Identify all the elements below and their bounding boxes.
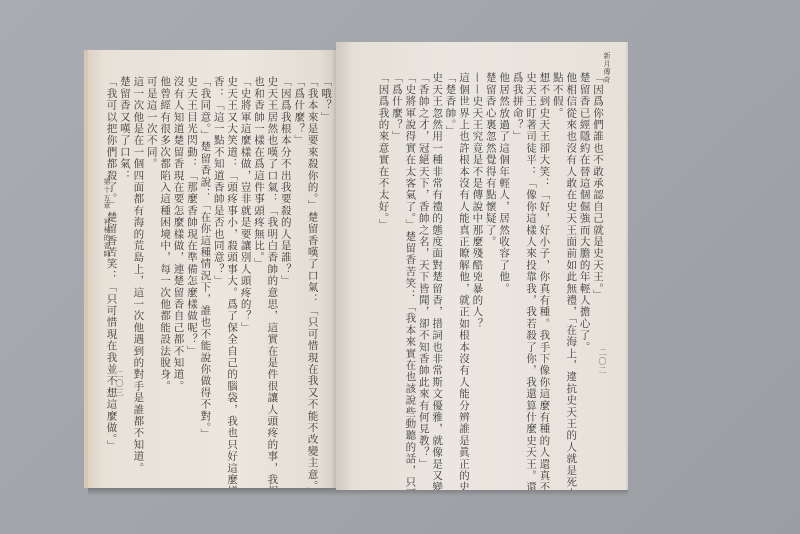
text-column: 點不假。 bbox=[550, 72, 563, 450]
text-column: 這個世界上也許根本沒有人能真正瞭解他，就正如根本沒有人能分辨誰是眞正的史天王一樣… bbox=[457, 72, 470, 450]
text-column: 想不到史天王卻大笑：「好，好小子，你真有種。我手下像你這麼有種的人還真不多。」 bbox=[537, 72, 550, 450]
right-page: 「因爲你們誰也不敢承認自己就是史天王。」 楚留香已經隱約在替這個倔強而大膽的年輕… bbox=[336, 42, 626, 490]
text-column: 「史將軍說得實在太客氣了。」楚留香苦笑：「我本來實在也該說些動聽的話，只可惜我說… bbox=[403, 72, 416, 450]
left-page-text: 「哦？」 「我本來是要來殺你的。」楚留香嘆了口氣：「只可惜現在我又不能不改變主意… bbox=[106, 76, 332, 472]
right-running-header: 新月傳奇 bbox=[602, 52, 612, 84]
text-column: 「史將軍這麼樣做，豈非就是要讓別人頭疼的？」 bbox=[238, 76, 251, 472]
text-column: 史天王忽然用一種非常有禮的態度面對楚留香，措詞也非常斯文優雅，就像是又變成了另外… bbox=[430, 72, 443, 450]
text-column: 他居然放過了這個年輕人，居然收容了他。 bbox=[497, 72, 510, 450]
text-column: 楚留香心裏忽然覺得有點懷疑了。 bbox=[483, 72, 496, 450]
right-page-text: 「因爲你們誰也不敢承認自己就是史天王。」 楚留香已經隱約在替這個倔強而大膽的年輕… bbox=[346, 72, 604, 450]
text-column: 「我本來是要來殺你的。」楚留香嘆了口氣：「只可惜現在我又不能不改變主意。」 bbox=[305, 76, 318, 472]
text-column: 也和香帥一樣在爲這件事頭疼無比。」 bbox=[252, 76, 265, 472]
text-column: 「楚香帥。」 bbox=[443, 72, 456, 450]
text-column: 這一次他是在一個四面都有海的荒島上，這一次他遇到的對手是誰都不知道。 bbox=[131, 76, 144, 472]
left-page-number: 二〇三 bbox=[114, 370, 125, 397]
text-column: 「爲什麼？」 bbox=[390, 72, 403, 450]
text-column: 楚留香又嘆了口氣： bbox=[118, 76, 131, 472]
text-column: 「香帥之才，冠絕天下，香帥之名，天下皆聞，卻不知香帥此來有何見教？」 bbox=[416, 72, 429, 450]
left-page: 「哦？」 「我本來是要來殺你的。」楚留香嘆了口氣：「只可惜現在我又不能不改變主意… bbox=[84, 50, 340, 488]
text-column: 「因爲我的來意實在不太好。」 bbox=[376, 72, 389, 450]
left-running-header: 第十五章 神秘的香帥 bbox=[102, 178, 112, 258]
text-column: ——史天王究竟是不是傳說中那麼殘酷兇暴的人？ bbox=[470, 72, 483, 450]
text-column: 史天王目光閃動：「那麼香帥現在準備怎麼樣做呢？」 bbox=[185, 76, 198, 472]
open-book: 「哦？」 「我本來是要來殺你的。」楚留香嘆了口氣：「只可惜現在我又不能不改變主意… bbox=[84, 38, 629, 490]
text-column: 史天王盯著司徒平：「像你這樣人來投靠我，我若殺了你，我還算什麼史天王。還有誰肯死… bbox=[524, 72, 537, 450]
text-column: 香：「這一點不知道香帥是否也同意？」 bbox=[211, 76, 224, 472]
text-column: 爲我拼命？」 bbox=[510, 72, 523, 450]
text-column: 可是這一次不同。 bbox=[144, 76, 157, 472]
text-column: 「我同意。」楚留香說：「在你這種情況下，誰也不能說你做得不對。」 bbox=[198, 76, 211, 472]
text-column: 「因爲你們誰也不敢承認自己就是史天王。」 bbox=[591, 72, 604, 450]
text-column: 沒有人知道楚留香現在要怎麼樣做，連楚留香自己都不知道。 bbox=[171, 76, 184, 472]
text-column: 「哦？」 bbox=[319, 76, 332, 472]
text-column: 他曾經有很多次都陷入這種困境中，每一次他都能設法脫身。 bbox=[158, 76, 171, 472]
text-column: 「我可以把你們都殺了。」楚留香苦笑：「只可惜現在我並不想這麼做。」 bbox=[104, 76, 117, 472]
text-column: 他相信從來也沒有人敢在史天王面前如此無禮，「在海上，違抗史天王的人就是死人。」這… bbox=[564, 72, 577, 450]
text-column: 楚留香已經隱約在替這個倔強而大膽的年輕人擔心了。 bbox=[577, 72, 590, 450]
text-column: 「因爲我根本分不出我要殺的人是誰？」 bbox=[278, 76, 291, 472]
text-column: 史天王居然也嘆了口氣：「我明白香帥的意思，這實在是件很讓人頭疼的事，我相信一定還… bbox=[265, 76, 278, 472]
right-page-number: 二〇二 bbox=[597, 348, 608, 375]
text-column: 史天王又大笑道：「頭疼事小，殺頭事大。爲了保全自己的腦袋，我也只好這麼樣做了。」… bbox=[225, 76, 238, 472]
text-column: 「爲什麼？」 bbox=[292, 76, 305, 472]
